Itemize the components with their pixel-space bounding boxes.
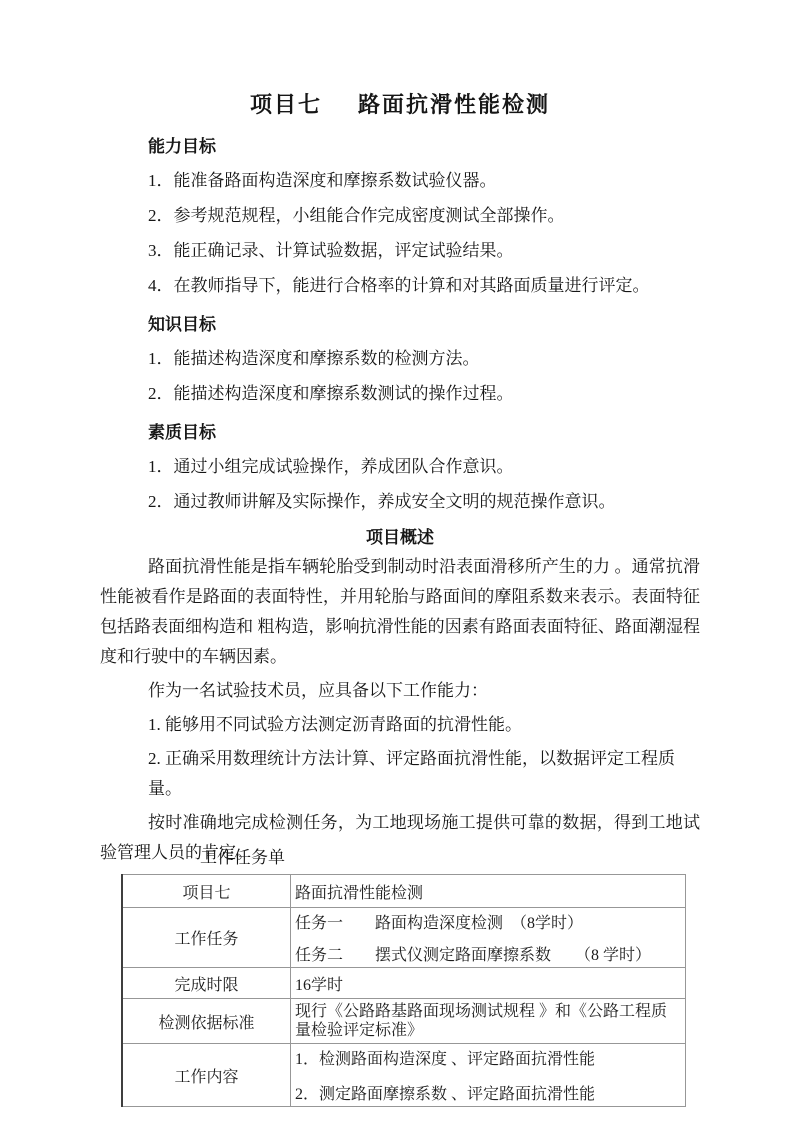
row-label: 工作内容 — [122, 1044, 291, 1107]
table-row: 项目七 路面抗滑性能检测 — [122, 875, 686, 908]
cell-line: 1．检测路面构造深度 、评定路面抗滑性能 — [295, 1046, 681, 1069]
title-project-number: 项目七 — [250, 92, 322, 117]
cell-line: 任务一 路面构造深度检测 （8学时） — [295, 910, 681, 933]
row-label: 完成时限 — [122, 968, 291, 999]
list-item: 2．参考规范规程，小组能合作完成密度测试全部操作。 — [148, 205, 700, 227]
document-body: 能力目标 1．能准备路面构造深度和摩擦系数试验仪器。 2．参考规范规程，小组能合… — [100, 132, 700, 1107]
overview-paragraph: 作为一名试验技术员，应具备以下工作能力： — [100, 676, 700, 706]
overview-heading: 项目概述 — [100, 523, 700, 548]
list-item: 1．通过小组完成试验操作，养成团队合作意识。 — [148, 456, 700, 478]
section-heading-ability-goals: 能力目标 — [148, 132, 700, 157]
overview-paragraph: 路面抗滑性能是指车辆轮胎受到制动时沿表面滑移所产生的力 。通常抗滑性能被看作是路… — [100, 552, 700, 672]
list-item: 1．能准备路面构造深度和摩擦系数试验仪器。 — [148, 170, 700, 192]
row-value: 现行《公路路基路面现场测试规程 》和《公路工程质量检验评定标准》 — [291, 999, 686, 1044]
row-label: 检测依据标准 — [122, 999, 291, 1044]
table-row: 工作内容 1．检测路面构造深度 、评定路面抗滑性能 2．测定路面摩擦系数 、评定… — [122, 1044, 686, 1107]
table-row: 检测依据标准 现行《公路路基路面现场测试规程 》和《公路工程质量检验评定标准》 — [122, 999, 686, 1044]
row-value: 16学时 — [291, 968, 686, 999]
list-item: 2．通过教师讲解及实际操作，养成安全文明的规范操作意识。 — [148, 491, 700, 513]
row-value: 路面抗滑性能检测 — [291, 875, 686, 908]
table-row: 工作任务 任务一 路面构造深度检测 （8学时） 任务二 摆式仪测定路面摩擦系数 … — [122, 908, 686, 968]
cell-line: 任务二 摆式仪测定路面摩擦系数 （8 学时） — [295, 942, 681, 965]
cell-line: 2．测定路面摩擦系数 、评定路面抗滑性能 — [295, 1081, 681, 1104]
list-item: 1. 能够用不同试验方法测定沥青路面的抗滑性能。 — [148, 710, 700, 740]
page-title: 项目七路面抗滑性能检测 — [0, 0, 800, 119]
list-item: 4．在教师指导下，能进行合格率的计算和对其路面质量进行评定。 — [148, 275, 700, 297]
section-heading-knowledge-goals: 知识目标 — [148, 310, 700, 335]
list-item: 2. 正确采用数理统计方法计算、评定路面抗滑性能，以数据评定工程质量。 — [148, 744, 700, 804]
row-value: 任务一 路面构造深度检测 （8学时） 任务二 摆式仪测定路面摩擦系数 （8 学时… — [291, 908, 686, 968]
section-heading-quality-goals: 素质目标 — [148, 418, 700, 443]
row-label: 项目七 — [122, 875, 291, 908]
list-item: 3．能正确记录、计算试验数据，评定试验结果。 — [148, 240, 700, 262]
row-label: 工作任务 — [122, 908, 291, 968]
table-row: 完成时限 16学时 — [122, 968, 686, 999]
list-item: 2．能描述构造深度和摩擦系数测试的操作过程。 — [148, 383, 700, 405]
work-task-table: 项目七 路面抗滑性能检测 工作任务 任务一 路面构造深度检测 （8学时） 任务二… — [121, 874, 686, 1107]
table-caption: 工作任务单 — [200, 843, 700, 868]
cell-line: 路面抗滑性能检测 — [295, 880, 681, 903]
list-item: 1．能描述构造深度和摩擦系数的检测方法。 — [148, 348, 700, 370]
row-value: 1．检测路面构造深度 、评定路面抗滑性能 2．测定路面摩擦系数 、评定路面抗滑性… — [291, 1044, 686, 1107]
title-project-name: 路面抗滑性能检测 — [358, 92, 550, 117]
document-page: 项目七路面抗滑性能检测 能力目标 1．能准备路面构造深度和摩擦系数试验仪器。 2… — [0, 0, 800, 1131]
cell-line: 16学时 — [295, 972, 681, 995]
